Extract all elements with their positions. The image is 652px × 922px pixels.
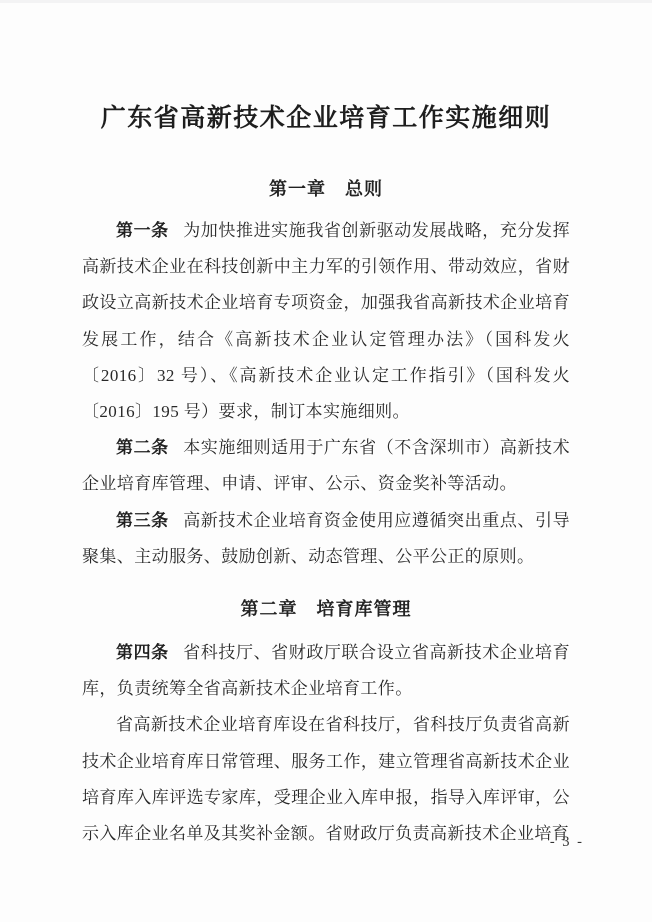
paragraph-text: 省高新技术企业培育库设在省科技厅，省科技厅负责省高新技术企业培育库日常管理、服务… xyxy=(82,715,570,843)
paragraph: 省高新技术企业培育库设在省科技厅，省科技厅负责省高新技术企业培育库日常管理、服务… xyxy=(82,707,570,852)
paragraph: 第二条本实施细则适用于广东省（不含深圳市）高新技术企业培育库管理、申请、评审、公… xyxy=(82,430,570,502)
paragraph-lead: 第二条 xyxy=(116,438,169,457)
paragraph: 第三条高新技术企业培育资金使用应遵循突出重点、引导聚集、主动服务、鼓励创新、动态… xyxy=(82,503,570,575)
paragraph-lead: 第三条 xyxy=(116,511,169,530)
paragraph: 第四条省科技厅、省财政厅联合设立省高新技术企业培育库，负责统筹全省高新技术企业培… xyxy=(82,635,570,707)
document-title: 广东省高新技术企业培育工作实施细则 xyxy=(82,0,570,136)
paragraph: 第一条为加快推进实施我省创新驱动发展战略，充分发挥高新技术企业在科技创新中主力军… xyxy=(82,213,570,430)
paragraph-text: 为加快推进实施我省创新驱动发展战略，充分发挥高新技术企业在科技创新中主力军的引领… xyxy=(82,221,570,421)
paragraph-lead: 第一条 xyxy=(116,221,169,240)
scanned-document-page: 广东省高新技术企业培育工作实施细则 第一章 总则 第一条为加快推进实施我省创新驱… xyxy=(0,0,652,922)
chapter-heading-2: 第二章 培育库管理 xyxy=(82,597,570,621)
paragraph-lead: 第四条 xyxy=(116,643,169,662)
chapter-heading-1: 第一章 总则 xyxy=(82,177,570,201)
page-number: - 3 - xyxy=(550,834,584,851)
scan-edge-shading xyxy=(0,0,652,3)
